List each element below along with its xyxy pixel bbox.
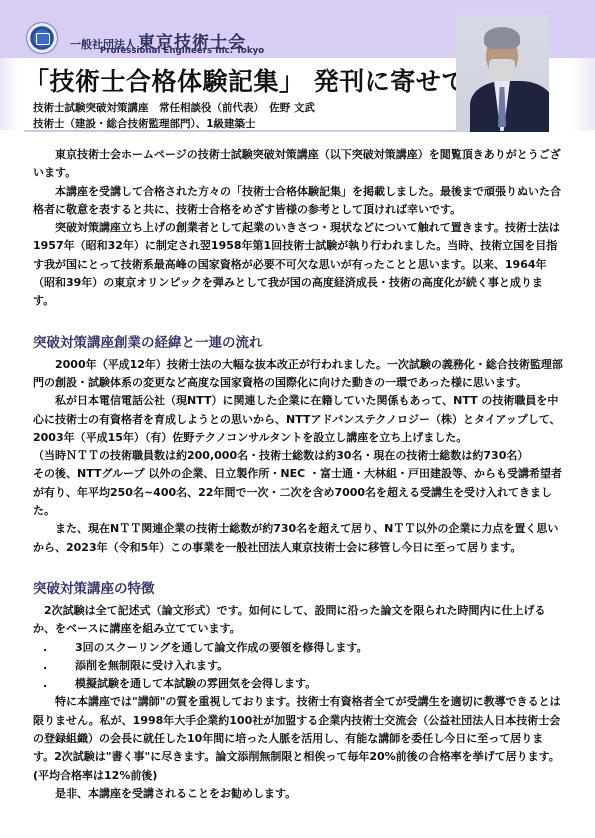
closing-paragraph: 是非、本講座を受講されることをお勧めします。 <box>33 785 563 803</box>
photo-suit <box>470 81 549 132</box>
author-line-2: 技術士（建設・総合技術監理部門）、1級建築士 <box>33 116 256 131</box>
photo-hair <box>484 27 520 49</box>
bullet-text: 添削を無制限に受け入れます。 <box>55 657 228 675</box>
logo-mark <box>36 33 50 45</box>
history-paragraph-4: その後、NTTグループ 以外の企業、日立製作所・NEC ・富士通・大林組・戸田建… <box>33 465 563 520</box>
history-paragraph-1: 2000年（平成12年）技術士法の大幅な抜本改正が行われました。一次試験の義務化… <box>33 356 563 393</box>
org-name-en: Professional Engineers Inc. Tokyo <box>100 46 264 56</box>
author-line-1: 技術士試験突破対策講座 常任相談役（前代表） 佐野 文武 <box>33 100 315 115</box>
pe-logo-icon <box>26 22 58 54</box>
section-heading-history: 突破対策講座創業の経緯と一連の流れ <box>33 333 563 353</box>
features-intro: 2次試験は全て記述式（論文形式）です。如何にして、設問に沿った論文を限られた時間… <box>33 602 563 639</box>
intro-paragraph-3: 突破対策講座立ち上げの創業者として起業のいきさつ・現状などについて触れて置きます… <box>33 219 563 310</box>
history-paragraph-3: （当時ＮＴＴの技術職員数は約200,000名・技術士総数は約30名・現在の技術士… <box>33 447 563 465</box>
history-paragraph-5: また、現在NＴＴ関連企業の技術士総数が約730名を超えて居り、NＴＴ以外の企業に… <box>33 520 563 557</box>
features-paragraph-1: 特に本講座では"講師"の質を重視しております。技術士有資格者全てが受講生を適切に… <box>33 693 563 784</box>
title-divider <box>24 130 464 132</box>
history-paragraph-2: 私が日本電信電話公社（現NTT）に関連した企業に在籍していた関係もあって、NTT… <box>33 392 563 447</box>
photo-beard <box>489 59 515 79</box>
intro-paragraph-1: 東京技術士会ホームページの技術士試験突破対策講座（以下突破対策講座）を閲覧頂きあ… <box>33 146 563 183</box>
intro-paragraph-2: 本講座を受講して合格された方々の「技術士合格体験記集」を掲載しました。最後まで頑… <box>33 183 563 220</box>
bullet-icon: . <box>33 657 55 675</box>
bullet-icon: . <box>33 639 55 657</box>
author-photo <box>456 15 549 132</box>
article-body: 東京技術士会ホームページの技術士試験突破対策講座（以下突破対策講座）を閲覧頂きあ… <box>33 146 563 803</box>
feature-bullet: . 3回のスクーリングを通して論文作成の要領を修得します。 <box>33 639 563 657</box>
bullet-text: 3回のスクーリングを通して論文作成の要領を修得します。 <box>55 639 368 657</box>
bullet-text: 模擬試験を通して本試験の雰囲気を会得します。 <box>55 675 316 693</box>
section-heading-features: 突破対策講座の特徴 <box>33 579 563 599</box>
page-title: 「技術士合格体験記集」 発刊に寄せて <box>24 62 467 98</box>
bullet-icon: . <box>33 675 55 693</box>
feature-bullet: . 模擬試験を通して本試験の雰囲気を会得します。 <box>33 675 563 693</box>
feature-bullet: . 添削を無制限に受け入れます。 <box>33 657 563 675</box>
